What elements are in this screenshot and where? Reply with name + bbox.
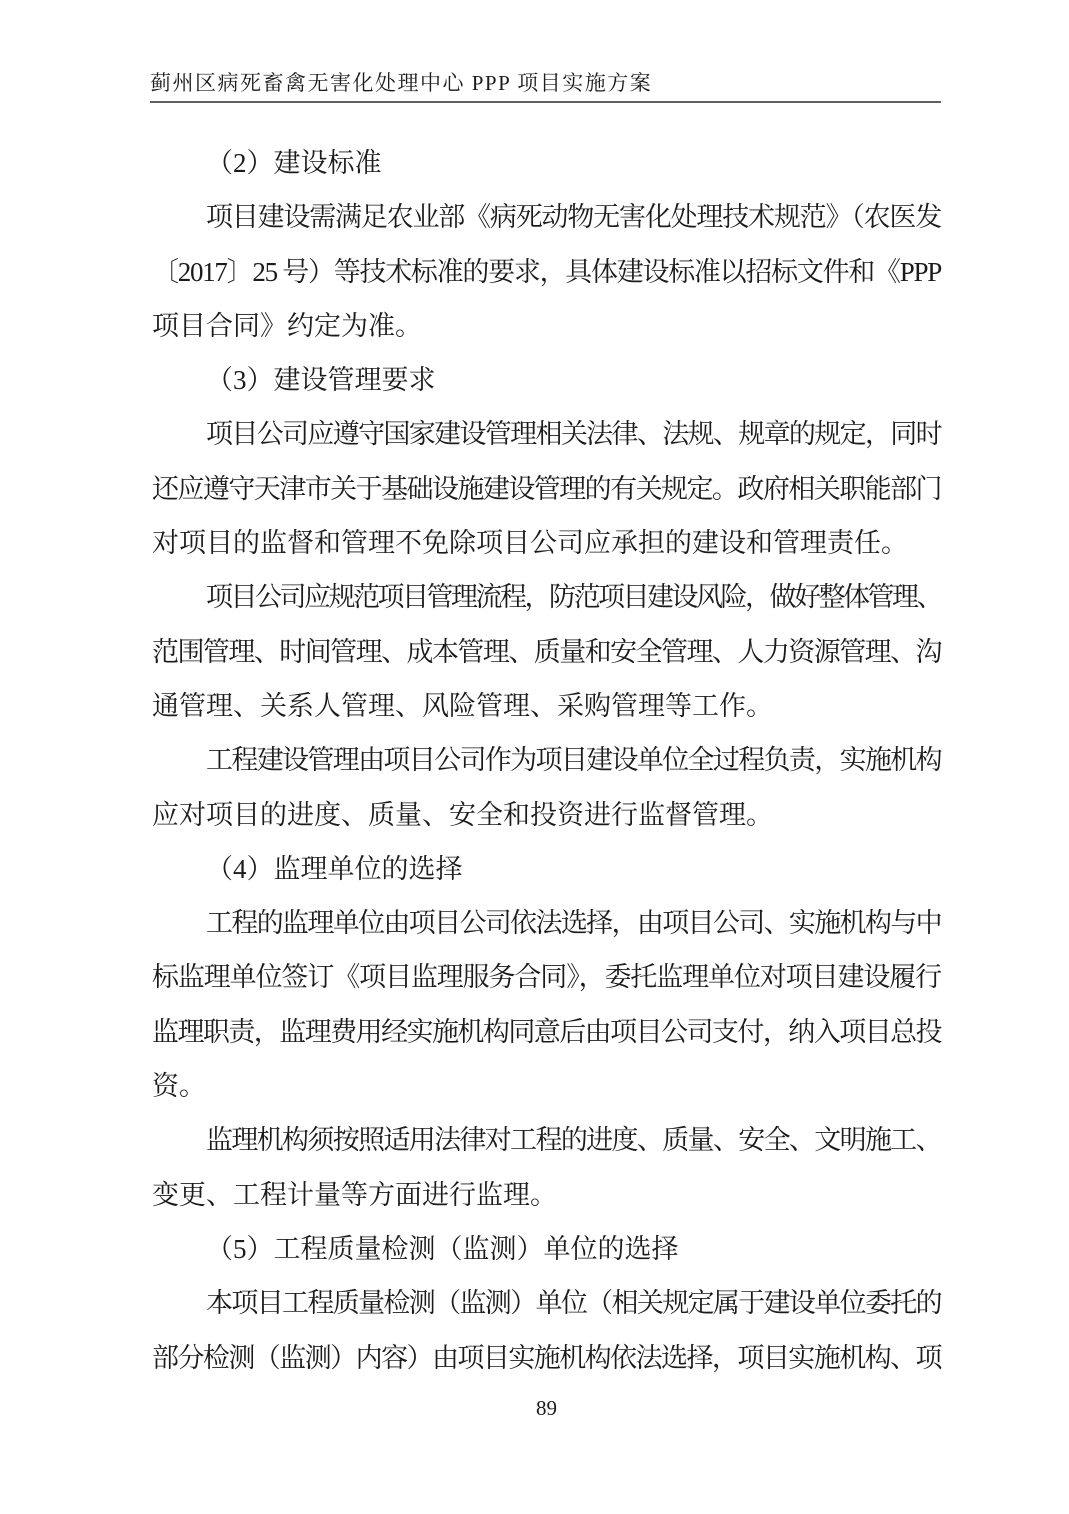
page-footer: 89 <box>152 1396 941 1421</box>
text-line: 项目建设需满足农业部《病死动物无害化处理技术规范》（农医发 <box>152 190 941 244</box>
text-line: 标监理单位签订《项目监理服务合同》，委托监理单位对项目建设履行 <box>152 950 941 1004</box>
text-line: 资。 <box>152 1059 941 1113</box>
paragraph: 项目公司应规范项目管理流程，防范项目建设风险，做好整体管理、 范围管理、时间管理… <box>152 570 941 733</box>
paragraph: 项目建设需满足农业部《病死动物无害化处理技术规范》（农医发 〔2017〕25 号… <box>152 190 941 353</box>
text-line: 变更、工程计量等方面进行监理。 <box>152 1168 941 1222</box>
paragraph: 监理机构须按照适用法律对工程的进度、质量、安全、文明施工、 变更、工程计量等方面… <box>152 1113 941 1222</box>
text-line: 监理职责，监理费用经实施机构同意后由项目公司支付，纳入项目总投 <box>152 1005 941 1059</box>
text-line: 通管理、关系人管理、风险管理、采购管理等工作。 <box>152 679 941 733</box>
text-line: 项目合同》约定为准。 <box>152 299 941 353</box>
section-heading: （2）建设标准 <box>152 136 941 190</box>
text-line: 工程建设管理由项目公司作为项目建设单位全过程负责，实施机构 <box>152 733 941 787</box>
page-number: 89 <box>536 1396 557 1420</box>
text-line: 本项目工程质量检测（监测）单位（相关规定属于建设单位委托的 <box>152 1276 941 1330</box>
text-line: （4）监理单位的选择 <box>152 842 941 896</box>
document-body: （2）建设标准 项目建设需满足农业部《病死动物无害化处理技术规范》（农医发 〔2… <box>152 136 941 1385</box>
text-line: 还应遵守天津市关于基础设施建设管理的有关规定。政府相关职能部门 <box>152 462 941 516</box>
section-heading: （3）建设管理要求 <box>152 353 941 407</box>
paragraph: 本项目工程质量检测（监测）单位（相关规定属于建设单位委托的 部分检测（监测）内容… <box>152 1276 941 1385</box>
paragraph: 工程建设管理由项目公司作为项目建设单位全过程负责，实施机构 应对项目的进度、质量… <box>152 733 941 842</box>
text-line: （2）建设标准 <box>152 136 941 190</box>
document-page: 蓟州区病死畜禽无害化处理中心 PPP 项目实施方案 （2）建设标准 项目建设需满… <box>0 0 1069 1514</box>
text-line: 工程的监理单位由项目公司依法选择，由项目公司、实施机构与中 <box>152 896 941 950</box>
text-line: 〔2017〕25 号）等技术标准的要求，具体建设标准以招标文件和《PPP <box>152 245 941 299</box>
text-line: 项目公司应规范项目管理流程，防范项目建设风险，做好整体管理、 <box>152 570 941 624</box>
text-line: 监理机构须按照适用法律对工程的进度、质量、安全、文明施工、 <box>152 1113 941 1167</box>
section-heading: （5）工程质量检测（监测）单位的选择 <box>152 1222 941 1276</box>
text-line: 部分检测（监测）内容）由项目实施机构依法选择，项目实施机构、项 <box>152 1331 941 1385</box>
text-line: 应对项目的进度、质量、安全和投资进行监督管理。 <box>152 788 941 842</box>
header-title: 蓟州区病死畜禽无害化处理中心 PPP 项目实施方案 <box>150 71 652 95</box>
paragraph: 工程的监理单位由项目公司依法选择，由项目公司、实施机构与中 标监理单位签订《项目… <box>152 896 941 1113</box>
text-line: （3）建设管理要求 <box>152 353 941 407</box>
paragraph: 项目公司应遵守国家建设管理相关法律、法规、规章的规定，同时 还应遵守天津市关于基… <box>152 407 941 570</box>
text-line: 项目公司应遵守国家建设管理相关法律、法规、规章的规定，同时 <box>152 407 941 461</box>
text-line: 对项目的监督和管理不免除项目公司应承担的建设和管理责任。 <box>152 516 941 570</box>
text-line: 范围管理、时间管理、成本管理、质量和安全管理、人力资源管理、沟 <box>152 625 941 679</box>
text-line: （5）工程质量检测（监测）单位的选择 <box>152 1222 941 1276</box>
section-heading: （4）监理单位的选择 <box>152 842 941 896</box>
page-header: 蓟州区病死畜禽无害化处理中心 PPP 项目实施方案 <box>150 70 941 103</box>
